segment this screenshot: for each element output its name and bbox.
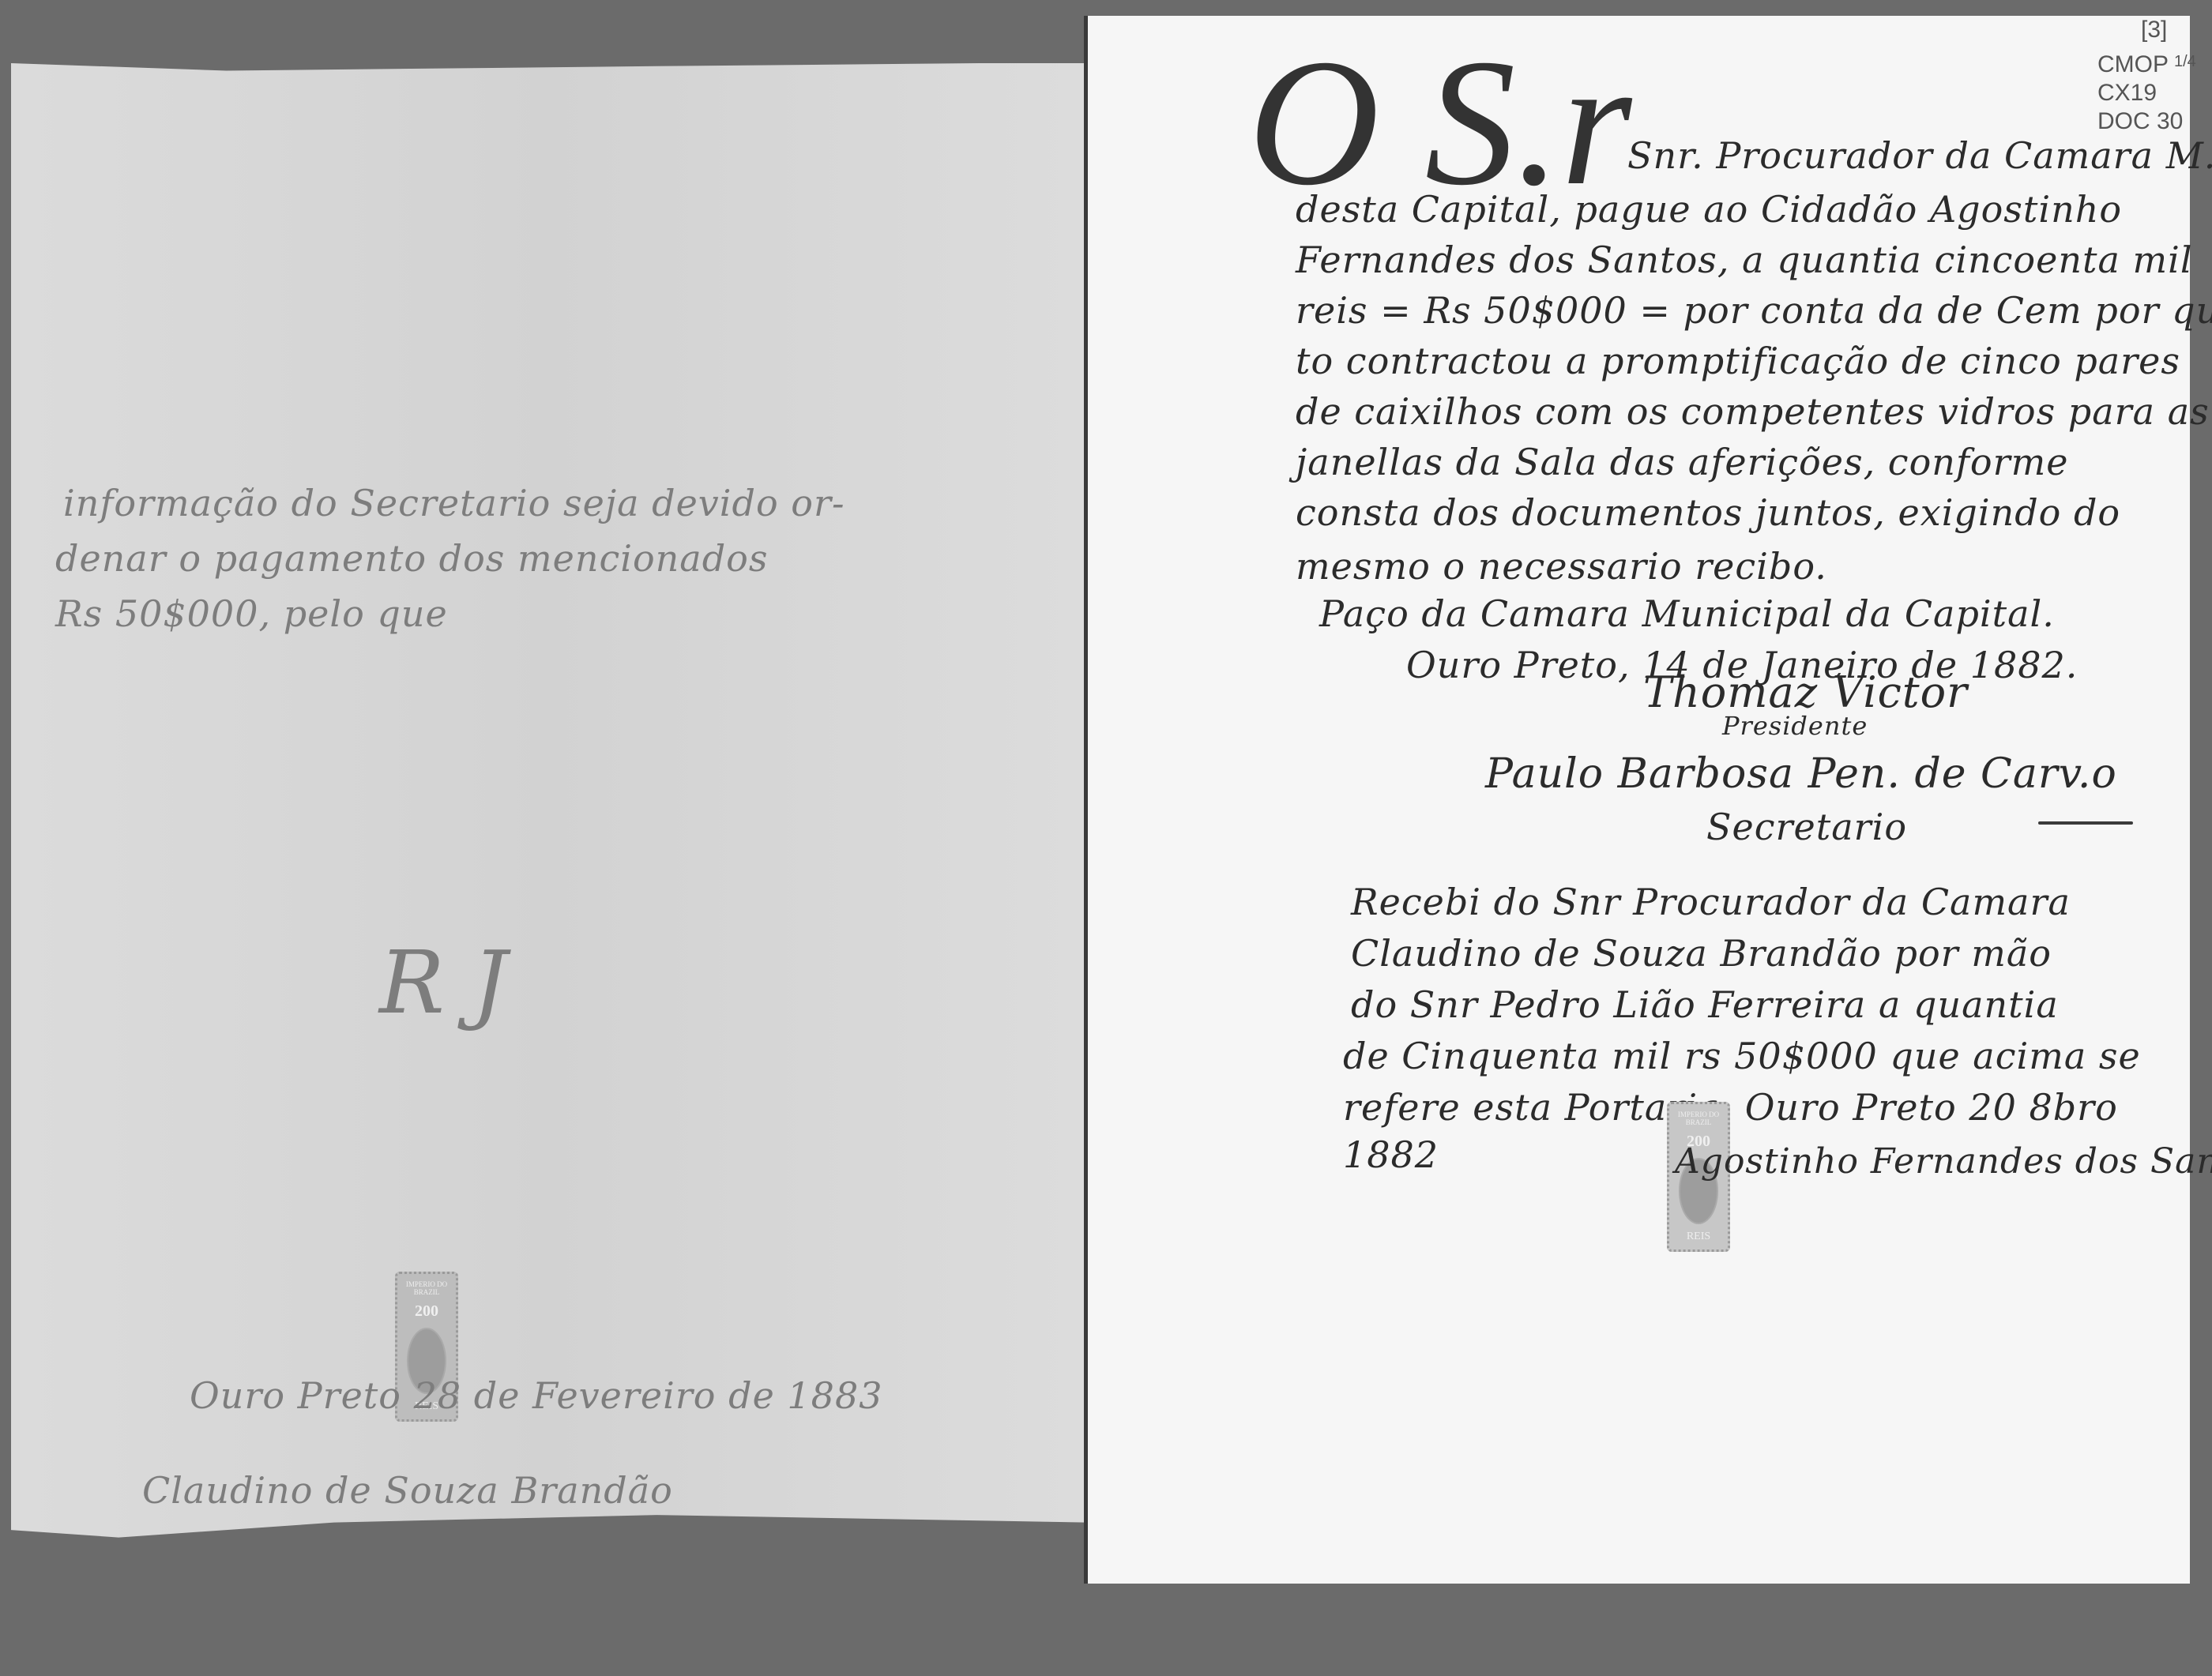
stamp-value: 200 bbox=[415, 1302, 438, 1321]
secretary-title: Secretario bbox=[1706, 806, 1907, 848]
receipt-line-4: de Cinquenta mil rs 50$000 que acima se bbox=[1343, 1035, 2141, 1077]
receipt-line-3: do Snr Pedro Lião Ferreira a quantia bbox=[1351, 983, 2059, 1026]
stamp-top-text: IMPERIO DO BRAZIL bbox=[397, 1280, 456, 1296]
president-title: Presidente bbox=[1722, 711, 1868, 741]
receipt-line-5: refere esta Portaria. Ouro Preto 20 8bro bbox=[1343, 1086, 2118, 1129]
order-line-6: de caixilhos com os competentes vidros p… bbox=[1296, 390, 2210, 433]
archive-document: DOC 30 bbox=[2097, 107, 2183, 136]
order-line-7: janellas da Sala das aferições, conforme bbox=[1296, 441, 2068, 483]
secretary-signature: Paulo Barbosa Pen. de Carv.o bbox=[1485, 750, 2117, 798]
order-line-3: Fernandes dos Santos, a quantia cincoent… bbox=[1296, 239, 2193, 281]
archive-fraction: 1/4 bbox=[2174, 47, 2196, 76]
archive-folio-number: [3] bbox=[2141, 16, 2167, 44]
left-signature: Claudino de Souza Brandão bbox=[142, 1469, 673, 1512]
left-dispatch-line-1: informação do Secretario seja devido or- bbox=[63, 482, 845, 524]
left-dispatch-line-3: Rs 50$000, pelo que bbox=[55, 592, 448, 635]
left-page bbox=[11, 63, 1087, 1560]
receipt-line-1: Recebi do Snr Procurador da Camara bbox=[1351, 881, 2071, 923]
order-line-2: desta Capital, pague ao Cidadão Agostinh… bbox=[1296, 188, 2122, 231]
order-line-9: mesmo o necessario recibo. bbox=[1296, 545, 1827, 588]
place-line: Paço da Camara Municipal da Capital. bbox=[1319, 592, 2055, 635]
stamp-bottom-text: REIS bbox=[1687, 1231, 1710, 1243]
salutation-initials: O S.r bbox=[1248, 32, 1632, 213]
president-signature: Thomaz Victor bbox=[1643, 667, 1968, 717]
archive-box: CX19 bbox=[2097, 79, 2157, 107]
receipt-line-2: Claudino de Souza Brandão por mão bbox=[1351, 932, 2052, 975]
left-initials: R J bbox=[379, 932, 507, 1033]
left-dispatch-line-2: denar o pagamento dos mencionados bbox=[55, 537, 768, 580]
order-line-5: to contractou a promptificação de cinco … bbox=[1296, 340, 2180, 382]
stamp-top-text: IMPERIO DO BRAZIL bbox=[1669, 1110, 1728, 1126]
receipt-signature: Agostinho Fernandes dos Santos bbox=[1675, 1141, 2212, 1182]
archive-fond: CMOP bbox=[2097, 51, 2169, 79]
flourish-divider bbox=[2038, 821, 2133, 825]
order-line-4: reis = Rs 50$000 = por conta da de Cem p… bbox=[1296, 289, 2212, 332]
order-line-1: Snr. Procurador da Camara M.al bbox=[1627, 134, 2212, 177]
order-line-8: consta dos documentos juntos, exigindo d… bbox=[1296, 491, 2120, 534]
left-date-line: Ouro Preto 28 de Fevereiro de 1883 bbox=[190, 1374, 882, 1417]
receipt-line-6: 1882 bbox=[1343, 1133, 1439, 1176]
